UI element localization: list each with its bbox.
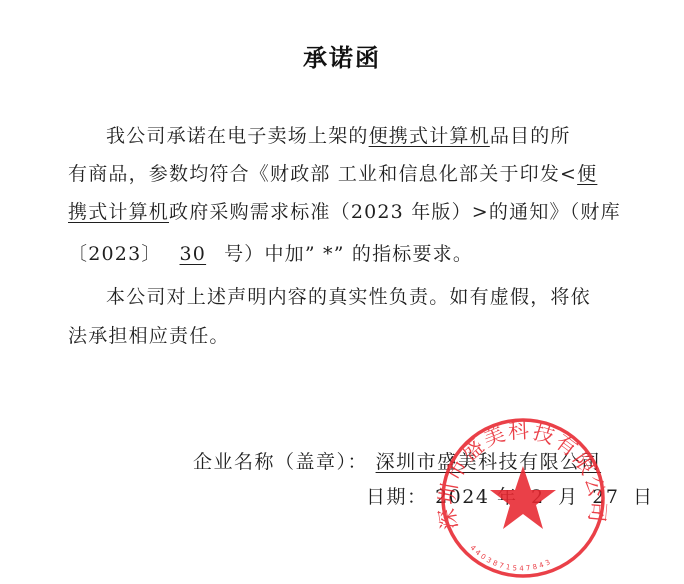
- text: 〔2023〕: [68, 243, 162, 265]
- svg-text:深圳市盛美科技有限公司: 深圳市盛美科技有限公司: [435, 419, 610, 532]
- text: 有商品，参数均符合《财政部 工业和信息化部关于印发<: [68, 163, 577, 185]
- date-month-unit: 月: [558, 486, 579, 508]
- document-number: 30: [169, 242, 217, 266]
- company-label: 企业名称（盖章）：: [193, 451, 368, 473]
- paragraph-2-line-2: 法承担相应责任。: [68, 324, 620, 348]
- date-year: 2024: [435, 486, 489, 508]
- paragraph-1-line-2: 有商品，参数均符合《财政部 工业和信息化部关于印发<便: [68, 162, 620, 186]
- date-label: 日期：: [366, 486, 428, 508]
- product-category-end: 携式计算机: [68, 201, 169, 223]
- seal-code: 4403871547843: [468, 544, 553, 573]
- document-title: 承诺函: [0, 38, 684, 73]
- paragraph-2-line-1: 本公司对上述声明内容的真实性负责。如有虚假，将依: [106, 285, 658, 309]
- date-year-unit: 年: [497, 486, 518, 508]
- paragraph-1-line-1: 我公司承诺在电子卖场上架的便携式计算机品目的所: [106, 124, 658, 148]
- company-name: 深圳市盛美科技有限公司: [376, 451, 602, 473]
- svg-text:4403871547843: 4403871547843: [468, 544, 553, 573]
- company-signature-line: 企业名称（盖章）： 深圳市盛美科技有限公司: [193, 450, 601, 474]
- date-line: 日期： 2024 年 2 月 27 日: [366, 485, 653, 509]
- date-day-unit: 日: [633, 486, 654, 508]
- date-month: 2: [531, 486, 545, 508]
- date-day: 27: [592, 486, 619, 508]
- product-category: 便携式计算机: [369, 125, 490, 147]
- paragraph-1-line-4: 〔2023〕 30 号）中加” *” 的指标要求。: [68, 242, 620, 266]
- paragraph-1-line-3: 携式计算机政府采购需求标准（2023 年版）>的通知》（财库: [68, 200, 620, 224]
- text: 品目的所: [490, 125, 571, 147]
- product-category-start: 便: [577, 163, 597, 185]
- text: 号）中加” *” 的指标要求。: [224, 243, 473, 265]
- seal-text: 深圳市盛美科技有限公司: [435, 419, 610, 532]
- text: 政府采购需求标准（2023 年版）>的通知》（财库: [169, 201, 621, 223]
- text: 我公司承诺在电子卖场上架的: [106, 125, 369, 147]
